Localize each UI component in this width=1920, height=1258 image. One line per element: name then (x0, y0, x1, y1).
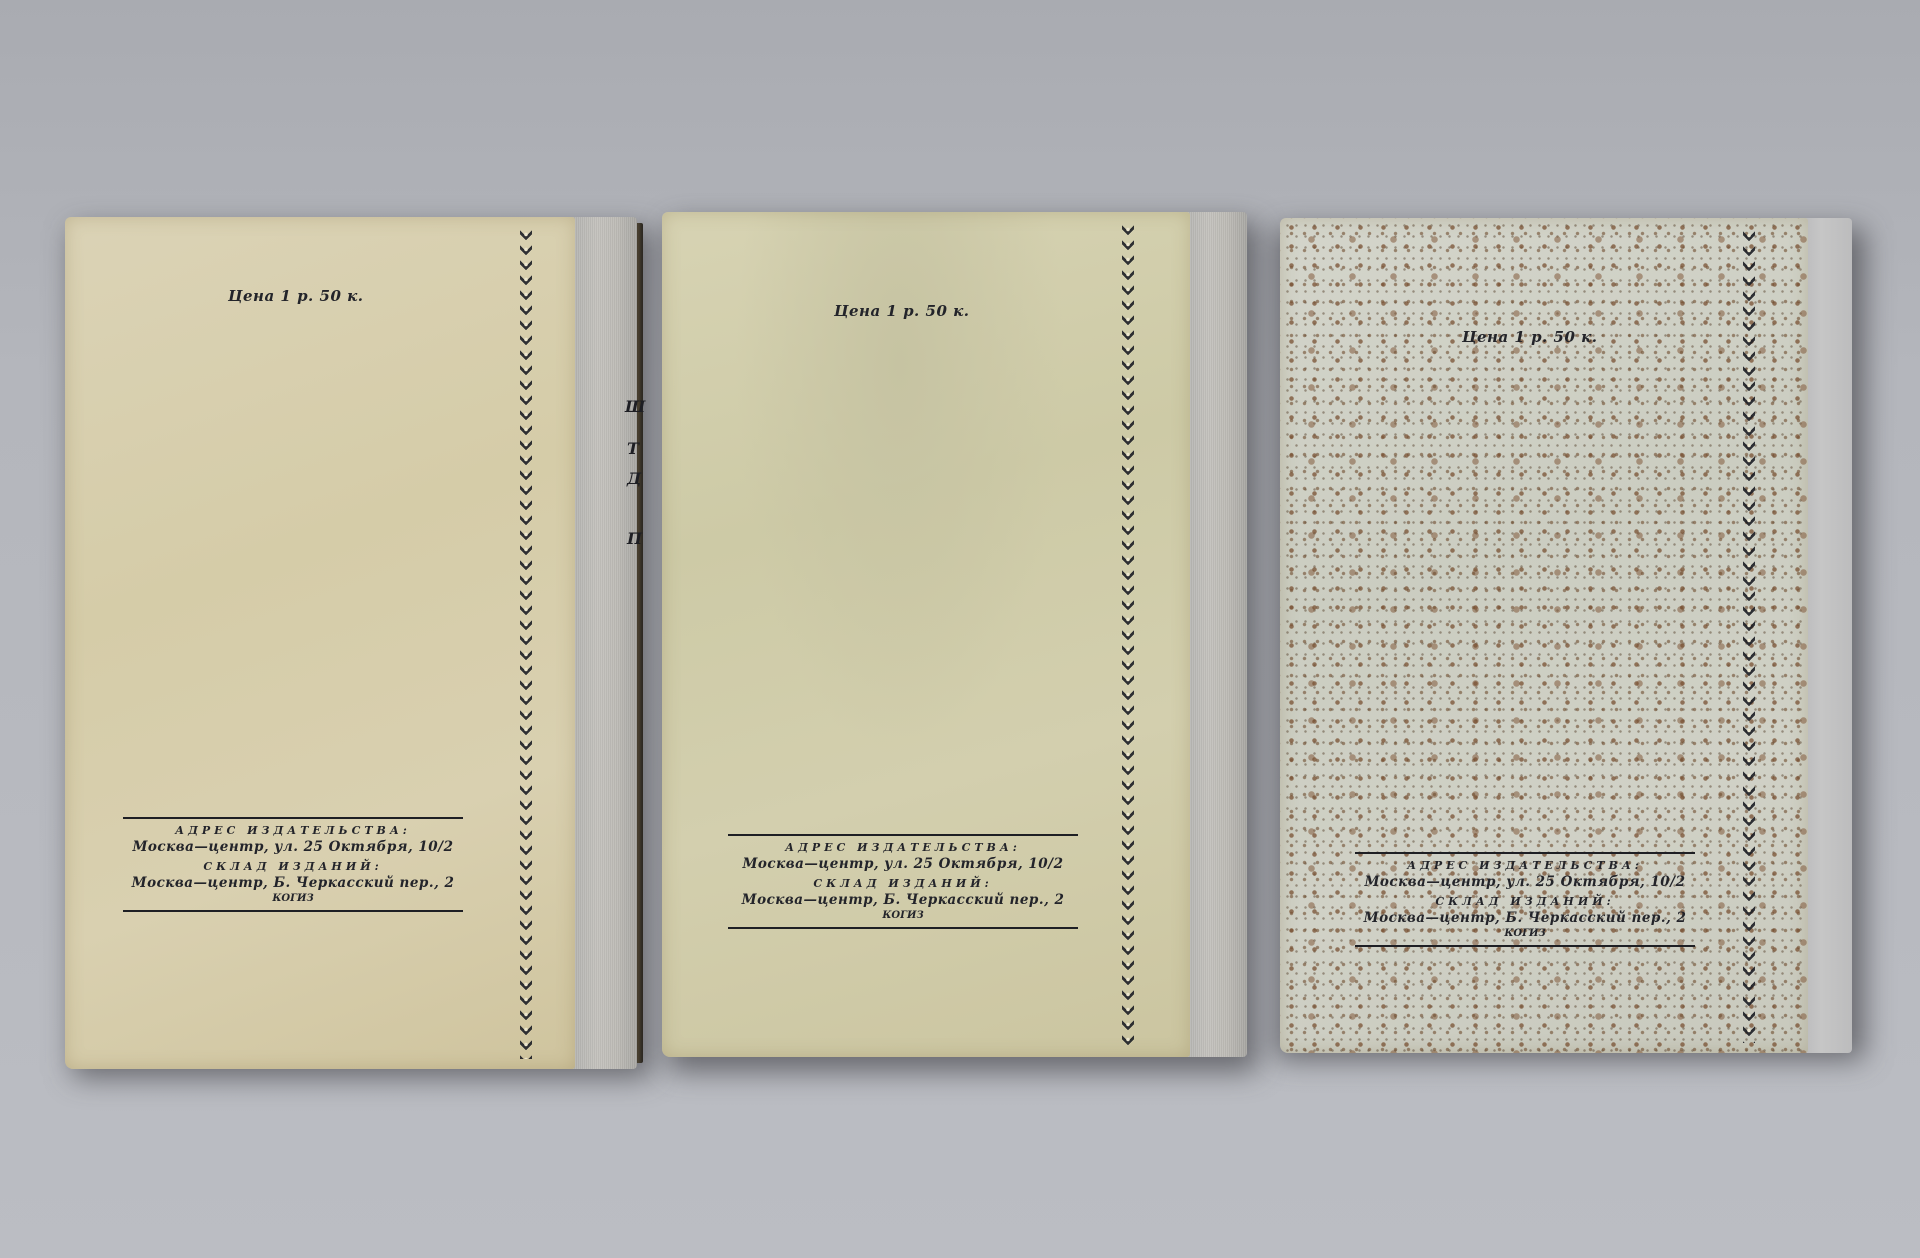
book-3-ornament-border (1743, 228, 1755, 1043)
divider (123, 817, 463, 819)
book-1-spine-cloth (571, 217, 637, 1069)
book-3: Цена 1 р. 50 к. АДРЕС ИЗДАТЕЛЬСТВА: Моск… (1280, 218, 1855, 1053)
spine-letter: Ш (625, 397, 645, 416)
book-3-imprint: АДРЕС ИЗДАТЕЛЬСТВА: Москва—центр, ул. 25… (1355, 852, 1695, 947)
divider (728, 927, 1078, 929)
warehouse-heading: СКЛАД ИЗДАНИЙ: (123, 860, 463, 873)
publisher-heading: АДРЕС ИЗДАТЕЛЬСТВА: (1355, 859, 1695, 872)
book-1-ornament-border (520, 227, 532, 1059)
book-1-price: Цена 1 р. 50 к. (228, 287, 363, 305)
warehouse-address: Москва—центр, Б. Черкасский пер., 2 (728, 892, 1078, 908)
warehouse-address: Москва—центр, Б. Черкасский пер., 2 (123, 875, 463, 891)
divider (1355, 852, 1695, 854)
warehouse-address: Москва—центр, Б. Черкасский пер., 2 (1355, 910, 1695, 926)
warehouse-heading: СКЛАД ИЗДАНИЙ: (728, 877, 1078, 890)
publisher-address: Москва—центр, ул. 25 Октября, 10/2 (1355, 874, 1695, 890)
divider (123, 910, 463, 912)
publisher-address: Москва—центр, ул. 25 Октября, 10/2 (728, 856, 1078, 872)
book-1-back-cover: Цена 1 р. 50 к. АДРЕС ИЗДАТЕЛЬСТВА: Моск… (65, 217, 575, 1069)
distributor: КОГИЗ (728, 910, 1078, 921)
warehouse-heading: СКЛАД ИЗДАНИЙ: (1355, 895, 1695, 908)
publisher-heading: АДРЕС ИЗДАТЕЛЬСТВА: (728, 841, 1078, 854)
publisher-address: Москва—центр, ул. 25 Октября, 10/2 (123, 839, 463, 855)
distributor: КОГИЗ (123, 893, 463, 904)
book-2-price: Цена 1 р. 50 к. (834, 302, 969, 320)
book-3-back-cover: Цена 1 р. 50 к. АДРЕС ИЗДАТЕЛЬСТВА: Моск… (1280, 218, 1808, 1053)
divider (728, 834, 1078, 836)
book-1-imprint: АДРЕС ИЗДАТЕЛЬСТВА: Москва—центр, ул. 25… (123, 817, 463, 912)
spine-letter: Д (627, 469, 641, 488)
book-2: Цена 1 р. 50 к. АДРЕС ИЗДАТЕЛЬСТВА: Моск… (662, 212, 1250, 1057)
book-2-spine-cloth (1182, 212, 1247, 1057)
publisher-heading: АДРЕС ИЗДАТЕЛЬСТВА: (123, 824, 463, 837)
spine-letter: П (627, 529, 642, 548)
divider (1355, 945, 1695, 947)
book-2-back-cover: Цена 1 р. 50 к. АДРЕС ИЗДАТЕЛЬСТВА: Моск… (662, 212, 1190, 1057)
book-2-imprint: АДРЕС ИЗДАТЕЛЬСТВА: Москва—центр, ул. 25… (728, 834, 1078, 929)
book-1: Цена 1 р. 50 к. АДРЕС ИЗДАТЕЛЬСТВА: Моск… (65, 217, 640, 1069)
distributor: КОГИЗ (1355, 928, 1695, 939)
book-3-price: Цена 1 р. 50 к. (1462, 328, 1597, 346)
book-2-ornament-border (1122, 222, 1134, 1047)
spine-letter: Т (627, 439, 639, 458)
